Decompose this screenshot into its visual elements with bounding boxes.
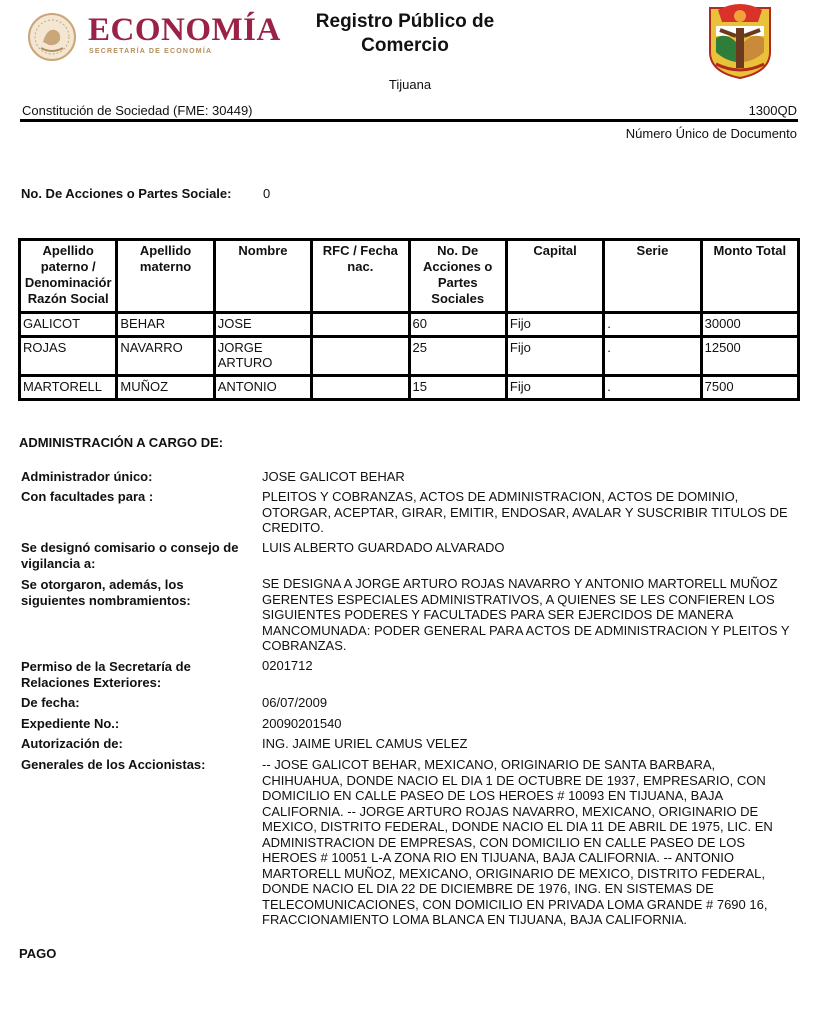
field-value-comisario: LUIS ALBERTO GUARDADO ALVARADO [262, 540, 802, 556]
field-label-administrador: Administrador único: [21, 469, 256, 485]
table-cell [312, 337, 409, 376]
baja-california-coat-of-arms-icon [706, 2, 774, 80]
field-label-comisario: Se designó comisario o consejo de vigila… [21, 540, 253, 572]
table-row: ROJAS NAVARRO JORGE ARTURO 25 Fijo . 125… [20, 337, 799, 376]
column-header: Apellido materno [117, 240, 214, 313]
field-value-fecha: 06/07/2009 [262, 695, 802, 711]
table-cell: MARTORELL [20, 376, 117, 400]
city: Tijuana [290, 77, 530, 92]
column-header: Capital [506, 240, 603, 313]
table-cell: 25 [409, 337, 506, 376]
brand-subtitle: SECRETARÍA DE ECONOMÍA [89, 48, 212, 55]
table-cell: 60 [409, 313, 506, 337]
table-cell [312, 313, 409, 337]
column-header: Monto Total [701, 240, 798, 313]
field-value-administrador: JOSE GALICOT BEHAR [262, 469, 802, 485]
column-header: RFC / Fecha nac. [312, 240, 409, 313]
field-label-autorizacion: Autorización de: [21, 736, 256, 752]
table-cell: . [604, 313, 701, 337]
header-divider [20, 119, 798, 122]
shareholders-table: Apellido paterno / Denominaciór Razón So… [18, 238, 800, 401]
document-code: 1300QD [749, 103, 797, 118]
document-title: Registro Público de Comercio [290, 10, 520, 58]
column-header: No. De Acciones o Partes Sociales [409, 240, 506, 313]
administration-heading: ADMINISTRACIÓN A CARGO DE: [19, 435, 223, 450]
payment-heading: PAGO [19, 946, 56, 961]
field-label-facultades: Con facultades para : [21, 489, 256, 505]
table-cell: JORGE ARTURO [214, 337, 311, 376]
field-value-autorizacion: ING. JAIME URIEL CAMUS VELEZ [262, 736, 802, 752]
table-cell: 30000 [701, 313, 798, 337]
column-header: Serie [604, 240, 701, 313]
field-value-permiso-sre: 0201712 [262, 658, 802, 674]
field-label-generales: Generales de los Accionistas: [21, 757, 256, 773]
field-label-fecha: De fecha: [21, 695, 256, 711]
field-label-permiso-sre: Permiso de la Secretaría de Relaciones E… [21, 659, 221, 691]
table-cell: ROJAS [20, 337, 117, 376]
table-cell: JOSE [214, 313, 311, 337]
field-label-nombramientos: Se otorgaron, además, los siguientes nom… [21, 577, 221, 609]
table-cell: GALICOT [20, 313, 117, 337]
table-cell: 12500 [701, 337, 798, 376]
table-cell: NAVARRO [117, 337, 214, 376]
table-cell: MUÑOZ [117, 376, 214, 400]
table-row: MARTORELL MUÑOZ ANTONIO 15 Fijo . 7500 [20, 376, 799, 400]
table-header-row: Apellido paterno / Denominaciór Razón So… [20, 240, 799, 313]
table-cell: 7500 [701, 376, 798, 400]
column-header: Nombre [214, 240, 311, 313]
constitution-label: Constitución de Sociedad (FME: 30449) [22, 103, 253, 118]
table-cell: Fijo [506, 337, 603, 376]
table-cell: Fijo [506, 313, 603, 337]
table-cell: BEHAR [117, 313, 214, 337]
table-cell [312, 376, 409, 400]
table-cell: Fijo [506, 376, 603, 400]
table-row: GALICOT BEHAR JOSE 60 Fijo . 30000 [20, 313, 799, 337]
table-cell: 15 [409, 376, 506, 400]
table-cell: . [604, 376, 701, 400]
field-value-nombramientos: SE DESIGNA A JORGE ARTURO ROJAS NAVARRO … [262, 576, 797, 654]
column-header: Apellido paterno / Denominaciór Razón So… [20, 240, 117, 313]
table-cell: ANTONIO [214, 376, 311, 400]
field-value-generales: -- JOSE GALICOT BEHAR, MEXICANO, ORIGINA… [262, 757, 797, 928]
acciones-label: No. De Acciones o Partes Sociale: [21, 186, 231, 201]
document-code-label: Número Único de Documento [626, 126, 797, 141]
field-value-facultades: PLEITOS Y COBRANZAS, ACTOS DE ADMINISTRA… [262, 489, 797, 536]
mexico-coat-of-arms-icon [27, 12, 77, 62]
field-label-expediente: Expediente No.: [21, 716, 256, 732]
table-cell: . [604, 337, 701, 376]
acciones-value: 0 [263, 186, 270, 201]
field-value-expediente: 20090201540 [262, 716, 802, 732]
brand-title: ECONOMÍA [88, 12, 281, 49]
